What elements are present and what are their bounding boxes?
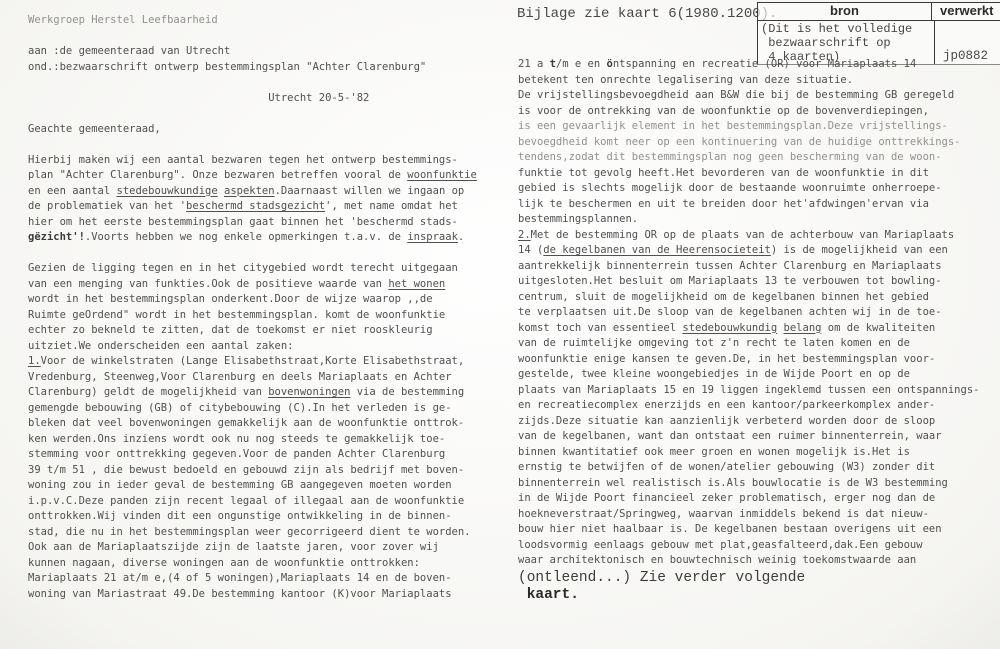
document-line: betekent ten onrechte legalisering van d… (518, 73, 996, 89)
document-line: is een gevaarlijk element in het bestemm… (518, 119, 996, 135)
document-line: binnen kwantitatief ook meer groen en wo… (518, 445, 996, 461)
document-line: hier om het eerste bestemmingsplan gaat … (28, 215, 488, 231)
document-line: komst toch van essentieel stedebouwkundi… (518, 321, 996, 337)
document-line: woning zou in ieder geval de bestemming … (28, 478, 488, 494)
footer-note: (ontleend...) Zie verder volgende kaart. (518, 570, 805, 603)
document-line (28, 75, 488, 91)
document-line: de problematiek van het 'beschermd stads… (28, 199, 488, 215)
source-table-header-row: bron verwerkt (758, 3, 1000, 21)
document-line: echter zo bekneld te zitten, dat de toek… (28, 323, 488, 339)
document-line (28, 106, 488, 122)
document-line: Geachte gemeenteraad, (28, 122, 488, 138)
document-line: Vredenburg, Steenweg,Voor Clarenburg en … (28, 370, 488, 386)
document-line: i.p.v.C.Deze panden zijn recent legaal o… (28, 494, 488, 510)
document-line: wordt in het bestemmingsplan onderkent.D… (28, 292, 488, 308)
document-line: 14 (de kegelbanen van de Heerensocieteit… (518, 243, 996, 259)
document-line: 2.Met de bestemming OR op de plaats van … (518, 228, 996, 244)
document-line: en een aantal stedebouwkundige aspekten.… (28, 184, 488, 200)
document-line: Utrecht 20-5-'82 (28, 91, 488, 107)
document-line: bevoegdheid komt neer op een kontinuerin… (518, 135, 996, 151)
scanned-letter-page-right: 21 a t/m e en öntspanning en recreatie (… (518, 57, 996, 569)
document-line: onttrokken.Wij vinden dit een ongunstige… (28, 509, 488, 525)
table-header-verwerkt: verwerkt (932, 3, 1000, 20)
document-line: van de ruimtelijke omgeving tot z'n rech… (518, 336, 996, 352)
document-line: te verplaatsen uit.De sloop van de kegel… (518, 305, 996, 321)
document-line: hoekneverstraat/Springweg, waarvan inmid… (518, 507, 996, 523)
document-line: Hierbij maken wij een aantal bezwaren te… (28, 153, 488, 169)
document-line: 39 t/m 51 , die bewust bedoeld en gebouw… (28, 463, 488, 479)
document-line: is voor de ontrekking van de woonfunktie… (518, 104, 996, 120)
document-line: Mariaplaats 21 at/m e,(4 of 5 woningen),… (28, 571, 488, 587)
document-line: loodsvormig eenlaags gebouw met plat,gea… (518, 538, 996, 554)
document-line: stad, die nu in het bestemmingsplan weer… (28, 525, 488, 541)
document-line: woning van Mariastraat 49.De bestemming … (28, 587, 488, 603)
document-line (28, 246, 488, 262)
document-line: van een menging van funkties.Ook de posi… (28, 277, 488, 293)
document-line: (Dit is het volledige (761, 22, 934, 36)
document-line: Ook aan de Mariaplaatszijde zijn de laat… (28, 540, 488, 556)
document-line: Gezien de ligging tegen en in het cityge… (28, 261, 488, 277)
document-line: bezwaarschrift op (761, 36, 934, 50)
document-line (28, 29, 488, 45)
document-line: bestemmingsplannen. (518, 212, 996, 228)
document-line: kaart. (518, 587, 805, 604)
document-line: woonfunktie enige kansen te geven.De, in… (518, 352, 996, 368)
document-line: Ruimte geOrdend" wordt in het bestemming… (28, 308, 488, 324)
document-line: ken werden.Ons inziens wordt ook nu nog … (28, 432, 488, 448)
document-line: tendens,zodat dit bestemmingsplan nog ge… (518, 150, 996, 166)
document-line: aan :de gemeenteraad van Utrecht (28, 44, 488, 60)
document-line: (ontleend...) Zie verder volgende (518, 570, 805, 587)
document-line: kunnen nagaan, diverse woningen aan de w… (28, 556, 488, 572)
document-line: funktie tot gevolg heeft.Het bevorderen … (518, 166, 996, 182)
source-table: bron verwerkt (Dit is het volledige bezw… (757, 2, 1000, 65)
document-line: bouw hier niet haalbaar is. De kegelbane… (518, 522, 996, 538)
document-line (28, 137, 488, 153)
document-line: gëzicht'!.Voorts hebben we nog enkele op… (28, 230, 488, 246)
document-line: ond.:bezwaarschrift ontwerp bestemmingsp… (28, 60, 488, 76)
document-line: centrum, sluit de mogelijkheid om de keg… (518, 290, 996, 306)
attachment-note: Bijlage zie kaart 6(1980.1200). (517, 6, 777, 22)
document-line: in de Wijde Poort financieel zeker probl… (518, 491, 996, 507)
document-line: zijds.Deze situatie kan aanzienlijk verb… (518, 414, 996, 430)
document-line: plaats van Mariaplaats 15 en 19 liggen i… (518, 383, 996, 399)
table-header-bron: bron (758, 3, 932, 20)
document-line: gestelde, twee kleine woongebiedjes in d… (518, 367, 996, 383)
document-line: plan "Achter Clarenburg". Onze bezwaren … (28, 168, 488, 184)
document-line: stemming voor onttrekking gegeven.Voor d… (28, 447, 488, 463)
document-line: Clarenburg) geldt de mogelijkheid van bo… (28, 385, 488, 401)
document-line: uitziet.We onderscheiden een aantal zake… (28, 339, 488, 355)
document-line: van de kegelbanen, want dan ontstaat een… (518, 429, 996, 445)
document-line: gebied is slechts mogelijk door de besta… (518, 181, 996, 197)
document-line: Werkgroep Herstel Leefbaarheid (28, 13, 488, 29)
document-line: aantrekkelijk binnenterrein tussen Achte… (518, 259, 996, 275)
document-line: ernstig te betwijfen of de wonen/atelier… (518, 460, 996, 476)
document-line: waar architektonisch en bouwtechnisch we… (518, 553, 996, 569)
document-line: gemengde bebouwing (GB) of citybebouwing… (28, 401, 488, 417)
document-line: De vrijstellingsbevoegdheid aan B&W die … (518, 88, 996, 104)
document-line: en recreatiecomplex enerzijds en een kan… (518, 398, 996, 414)
document-line: uitgesloten.Het besluit om Mariaplaats 1… (518, 274, 996, 290)
document-line: 21 a t/m e en öntspanning en recreatie (… (518, 57, 996, 73)
document-line: 1.Voor de winkelstraten (Lange Elisabeth… (28, 354, 488, 370)
document-line: binnenterrein wel realistisch is.Als bou… (518, 476, 996, 492)
document-line: lijk te beschermen en uit te breiden doo… (518, 197, 996, 213)
scanned-letter-page-left: Werkgroep Herstel Leefbaarheid aan :de g… (28, 13, 488, 602)
document-line: bleken dat veel bovenwoningen gemakkelij… (28, 416, 488, 432)
